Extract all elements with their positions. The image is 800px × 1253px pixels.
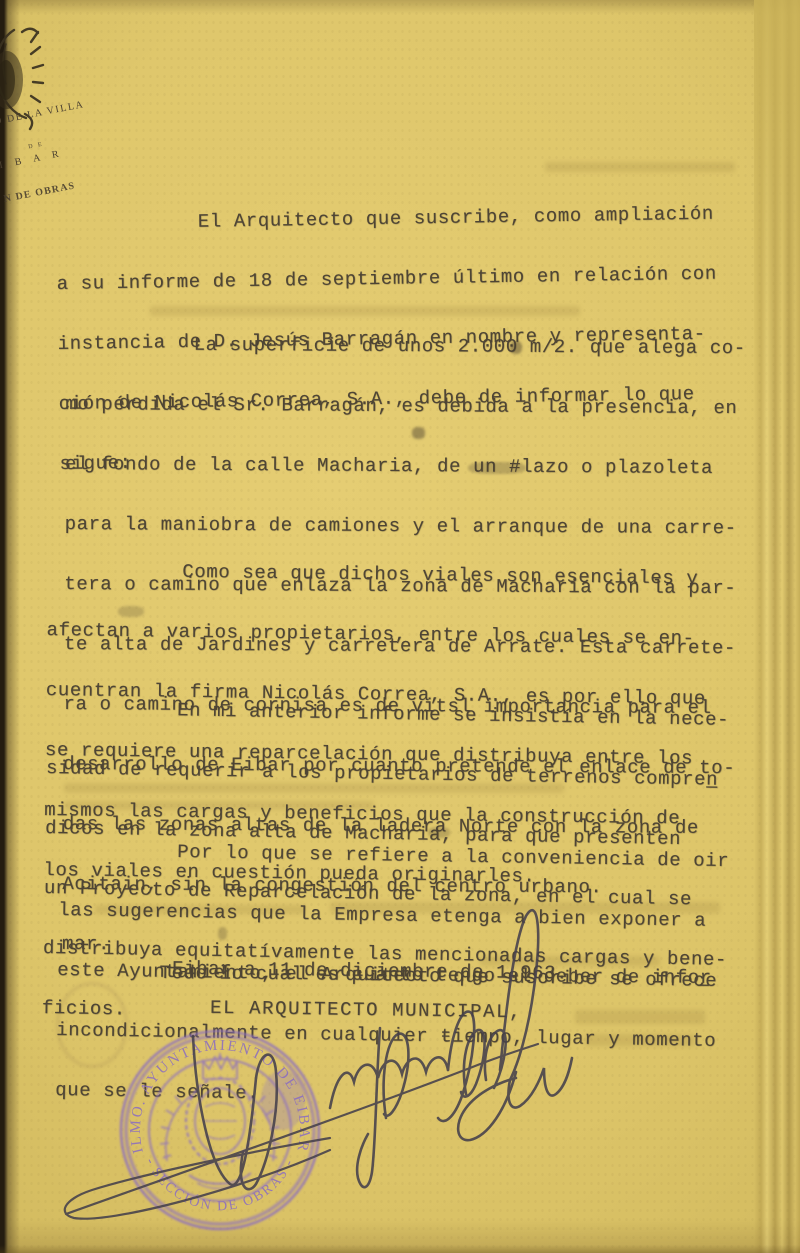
document-page: TO DE LA VILLA D E I B A R N DE OBRAS El… bbox=[0, 0, 800, 1253]
signature bbox=[0, 0, 800, 1253]
